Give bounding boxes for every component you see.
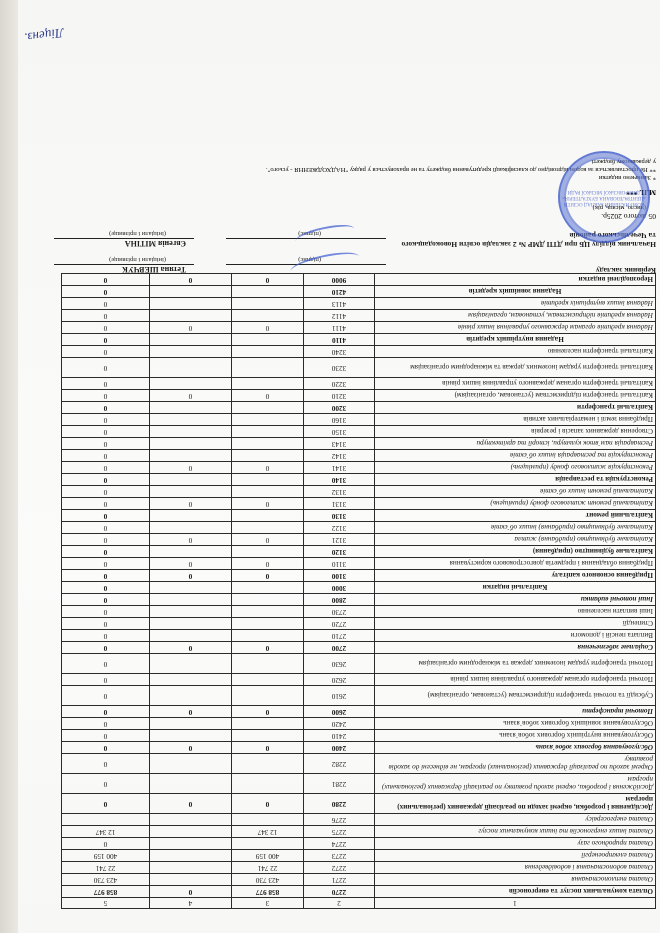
- row-col5-value: 0: [62, 730, 150, 742]
- table-row: Оплата електроенергії2273400 159400 159: [62, 850, 656, 862]
- row-col5-value: 0: [62, 582, 150, 594]
- table-row: Створення державних запасів і резервів31…: [62, 426, 656, 438]
- row-col5-value: 0: [62, 558, 150, 570]
- row-col3-value: [232, 594, 304, 606]
- row-col3-value: [232, 474, 304, 486]
- row-col3-value: 0: [232, 322, 304, 334]
- row-code: 3220: [304, 378, 375, 390]
- row-col5-value: 0: [62, 474, 150, 486]
- signature-row-accountant: Начальник відділу ЦБ при ДТП ДМР № 2 зак…: [56, 221, 656, 249]
- row-col5-value: 0: [62, 426, 150, 438]
- row-col4-value: [150, 450, 232, 462]
- row-code: 3121: [304, 534, 375, 546]
- table-row: Оплата комунальних послуг та енергоносії…: [62, 886, 656, 898]
- row-code: 2275: [304, 826, 375, 838]
- row-col3-value: 0: [232, 498, 304, 510]
- table-row: Капітальне будівництво (придбання)31200: [62, 546, 656, 558]
- row-code: 2600: [304, 706, 375, 718]
- row-col4-value: [150, 438, 232, 450]
- row-name: Капітальне будівництво (придбання) інших…: [375, 522, 656, 534]
- row-col4-value: [150, 730, 232, 742]
- table-row: Капітальний ремонт інших об`єктів31320: [62, 486, 656, 498]
- table-row: Капітальні трансферти урядам іноземних д…: [62, 358, 656, 378]
- row-col4-value: [150, 510, 232, 522]
- row-name: Окремі заходи по реалізації державних (р…: [375, 754, 656, 774]
- row-col5-value: 0: [62, 534, 150, 546]
- table-row: Капітальний ремонт житлового фонду (прим…: [62, 498, 656, 510]
- row-col4-value: [150, 850, 232, 862]
- table-row: Обслуговування зовнішніх боргових зобов`…: [62, 718, 656, 730]
- row-name: Виплата пенсій і допомоги: [375, 630, 656, 642]
- table-row: Оплата природного газу22740: [62, 838, 656, 850]
- row-col5-value: 0: [62, 402, 150, 414]
- row-col4-value: 0: [150, 742, 232, 754]
- table-row: Придбання обладнання і предметів довгост…: [62, 558, 656, 570]
- row-col5-value: 0: [62, 594, 150, 606]
- row-col5-value: 12 347: [62, 826, 150, 838]
- row-code: 3122: [304, 522, 375, 534]
- row-name: Надання зовнішніх кредитів: [375, 286, 656, 298]
- row-col5-value: 0: [62, 618, 150, 630]
- row-name: Обслуговування боргових зобов`язань: [375, 742, 656, 754]
- head-name-line: [54, 264, 194, 265]
- row-name: Обслуговування зовнішніх боргових зобов`…: [375, 718, 656, 730]
- row-name: Поточні трансферти: [375, 706, 656, 718]
- row-col3-value: [232, 438, 304, 450]
- table-row: Капітальні трансферти підприємствам (уст…: [62, 390, 656, 402]
- row-code: 2410: [304, 730, 375, 742]
- row-name: Поточні трансферти органам державного уп…: [375, 674, 656, 686]
- row-col4-value: [150, 334, 232, 346]
- row-name: Капітальні трансферти підприємствам (уст…: [375, 390, 656, 402]
- table-row: Стипендії27200: [62, 618, 656, 630]
- row-name: Оплата енергосервісу: [375, 814, 656, 826]
- row-code: 3200: [304, 402, 375, 414]
- row-col3-value: 0: [232, 642, 304, 654]
- row-name: Поточні трансферти урядам іноземних держ…: [375, 654, 656, 674]
- row-col3-value: 0: [232, 794, 304, 814]
- row-col4-value: [150, 606, 232, 618]
- row-col3-value: [232, 378, 304, 390]
- row-name: Капітальні трансферти населенню: [375, 346, 656, 358]
- row-col3-value: [232, 414, 304, 426]
- row-col3-value: [232, 334, 304, 346]
- row-col5-value: 0: [62, 706, 150, 718]
- row-name: Надання кредитів органам державного упра…: [375, 322, 656, 334]
- table-row: Надання кредитів підприємствам, установа…: [62, 310, 656, 322]
- row-col4-value: 0: [150, 794, 232, 814]
- row-code: 3120: [304, 546, 375, 558]
- row-name: Капітальний ремонт житлового фонду (прим…: [375, 498, 656, 510]
- row-col5-value: 400 159: [62, 850, 150, 862]
- row-col3-value: [232, 674, 304, 686]
- row-col4-value: [150, 426, 232, 438]
- row-col3-value: [232, 754, 304, 774]
- row-code: 2281: [304, 774, 375, 794]
- row-col5-value: 0: [62, 414, 150, 426]
- row-code: 3160: [304, 414, 375, 426]
- table-row: Надання внутрішніх кредитів41100: [62, 334, 656, 346]
- row-code: 2620: [304, 674, 375, 686]
- row-code: 9000: [304, 274, 375, 286]
- row-col3-value: 0: [232, 390, 304, 402]
- row-col5-value: 0: [62, 450, 150, 462]
- row-col3-value: [232, 546, 304, 558]
- row-code: 4110: [304, 334, 375, 346]
- table-row: Капітальне будівництво (придбання) інших…: [62, 522, 656, 534]
- table-row: Придбання землі і нематеріальних активів…: [62, 414, 656, 426]
- row-code: 3150: [304, 426, 375, 438]
- row-code: 2273: [304, 850, 375, 862]
- row-col5-value: 0: [62, 510, 150, 522]
- row-col4-value: [150, 686, 232, 706]
- row-col5-value: 0: [62, 390, 150, 402]
- row-col4-value: [150, 674, 232, 686]
- row-name: Надання кредитів підприємствам, установа…: [375, 310, 656, 322]
- row-col5-value: 0: [62, 570, 150, 582]
- row-col4-value: [150, 862, 232, 874]
- header-col-3: 3: [232, 898, 304, 909]
- row-col5-value: 0: [62, 794, 150, 814]
- row-name: Оплата природного газу: [375, 838, 656, 850]
- row-col5-value: 0: [62, 838, 150, 850]
- row-col5-value: 0: [62, 686, 150, 706]
- table-row: Надання зовнішніх кредитів42100: [62, 286, 656, 298]
- row-code: 2700: [304, 642, 375, 654]
- row-col5-value: 0: [62, 754, 150, 774]
- row-col3-value: 12 347: [232, 826, 304, 838]
- row-col5-value: 0: [62, 462, 150, 474]
- row-col3-value: 0: [232, 570, 304, 582]
- row-col4-value: 0: [150, 558, 232, 570]
- table-row: Соціальне забезпечення2700000: [62, 642, 656, 654]
- row-col5-value: 0: [62, 742, 150, 754]
- row-name: Оплата комунальних послуг та енергоносії…: [375, 886, 656, 898]
- row-col5-value: 0: [62, 774, 150, 794]
- row-name: Нерозподілені видатки: [375, 274, 656, 286]
- row-code: 2280: [304, 794, 375, 814]
- row-col5-value: 0: [62, 606, 150, 618]
- official-stamp: КОМУНАЛЬНИЙ ЗАКЛАД ОСВІТИ «ЦЕНТРАЛІЗОВАН…: [558, 151, 650, 243]
- table-row: Капітальні трансферти органам державного…: [62, 378, 656, 390]
- row-col3-value: [232, 450, 304, 462]
- row-col3-value: 858 977: [232, 886, 304, 898]
- row-code: 2720: [304, 618, 375, 630]
- table-row: Реставрація пам`яток культури, історії т…: [62, 438, 656, 450]
- table-row: Капітальний ремонт31300: [62, 510, 656, 522]
- table-row: Оплата інших енергоносіїв та інших комун…: [62, 826, 656, 838]
- budget-table: 1 2 3 4 5 Оплата комунальних послуг та е…: [61, 273, 656, 909]
- head-role: Керівник закладу: [396, 266, 656, 275]
- row-col3-value: [232, 286, 304, 298]
- row-col5-value: 0: [62, 298, 150, 310]
- row-code: 3130: [304, 510, 375, 522]
- row-col4-value: [150, 414, 232, 426]
- handwritten-note: Ліценз.: [23, 24, 65, 45]
- row-col5-value: 0: [62, 642, 150, 654]
- row-name: Придбання обладнання і предметів довгост…: [375, 558, 656, 570]
- table-row: Інші поточні видатки28000: [62, 594, 656, 606]
- row-col4-value: [150, 310, 232, 322]
- row-col3-value: 22 741: [232, 862, 304, 874]
- row-name: Придбання землі і нематеріальних активів: [375, 414, 656, 426]
- row-name: Оплата інших енергоносіїв та інших комун…: [375, 826, 656, 838]
- row-col3-value: [232, 838, 304, 850]
- row-col4-value: 0: [150, 498, 232, 510]
- row-col5-value: [62, 814, 150, 826]
- row-col5-value: 0: [62, 358, 150, 378]
- row-name: Інші поточні видатки: [375, 594, 656, 606]
- row-col4-value: [150, 718, 232, 730]
- row-code: 2710: [304, 630, 375, 642]
- row-col3-value: [232, 298, 304, 310]
- row-code: 2730: [304, 606, 375, 618]
- row-code: 3240: [304, 346, 375, 358]
- row-code: 2270: [304, 886, 375, 898]
- table-row: Обслуговування боргових зобов`язань24000…: [62, 742, 656, 754]
- table-row: Капітальні трансферти32000: [62, 402, 656, 414]
- head-person-name: Тетяна ШЕВЧУК: [122, 265, 186, 274]
- row-name: Капітальні трансферти органам державного…: [375, 378, 656, 390]
- row-name: Капітальний ремонт: [375, 510, 656, 522]
- table-row: Поточні трансферти урядам іноземних держ…: [62, 654, 656, 674]
- row-col3-value: [232, 654, 304, 674]
- table-row: Дослідження і розробки, окремі заходи ро…: [62, 774, 656, 794]
- row-col3-value: 0: [232, 274, 304, 286]
- row-col3-value: 400 159: [232, 850, 304, 862]
- accountant-person-name: Євгенія МІТІНА: [125, 239, 186, 248]
- row-col3-value: [232, 582, 304, 594]
- row-col3-value: [232, 402, 304, 414]
- accountant-name-line: [54, 238, 194, 239]
- row-col4-value: [150, 630, 232, 642]
- row-code: 3210: [304, 390, 375, 402]
- row-col5-value: 0: [62, 322, 150, 334]
- row-col3-value: 423 730: [232, 874, 304, 886]
- stamp-text: КОМУНАЛЬНИЙ ЗАКЛАД ОСВІТИ «ЦЕНТРАЛІЗОВАН…: [560, 188, 648, 206]
- row-col4-value: [150, 546, 232, 558]
- row-code: 3142: [304, 450, 375, 462]
- table-row: Надання інших внутрішніх кредитів41130: [62, 298, 656, 310]
- header-col-4: 4: [150, 898, 232, 909]
- row-col4-value: [150, 618, 232, 630]
- row-col5-value: 0: [62, 346, 150, 358]
- row-col5-value: 0: [62, 274, 150, 286]
- row-col4-value: [150, 874, 232, 886]
- row-col3-value: [232, 774, 304, 794]
- row-col4-value: [150, 402, 232, 414]
- row-col4-value: [150, 286, 232, 298]
- table-row: Оплата енергосервісу2276: [62, 814, 656, 826]
- row-col4-value: [150, 298, 232, 310]
- row-name: Капітальні видатки: [375, 582, 656, 594]
- row-code: 4113: [304, 298, 375, 310]
- row-col4-value: [150, 754, 232, 774]
- row-code: 3100: [304, 570, 375, 582]
- row-name: Капітальні трансферти урядам іноземних д…: [375, 358, 656, 378]
- signature-block: Керівник закладу (підпис) Тетяна ШЕВЧУК …: [56, 221, 656, 275]
- row-col3-value: [232, 730, 304, 742]
- row-col3-value: [232, 686, 304, 706]
- row-col3-value: 0: [232, 462, 304, 474]
- table-row: Реконструкція та реставрація інших об`єк…: [62, 450, 656, 462]
- row-code: 2610: [304, 686, 375, 706]
- row-col3-value: 0: [232, 742, 304, 754]
- row-name: Надання внутрішніх кредитів: [375, 334, 656, 346]
- row-name: Стипендії: [375, 618, 656, 630]
- header-col-5: 5: [62, 898, 150, 909]
- row-col5-value: 0: [62, 718, 150, 730]
- row-name: Оплата теплопостачання: [375, 874, 656, 886]
- row-col4-value: 0: [150, 886, 232, 898]
- row-col5-value: 0: [62, 310, 150, 322]
- row-col3-value: [232, 630, 304, 642]
- row-col4-value: [150, 838, 232, 850]
- row-col4-value: 0: [150, 642, 232, 654]
- row-col5-value: 0: [62, 674, 150, 686]
- row-code: 2800: [304, 594, 375, 606]
- row-code: 3132: [304, 486, 375, 498]
- row-col5-value: 423 730: [62, 874, 150, 886]
- row-code: 2276: [304, 814, 375, 826]
- row-col3-value: [232, 522, 304, 534]
- table-row: Субсидії та поточні трансферти підприємс…: [62, 686, 656, 706]
- table-row: Капітальне будівництво (придбання) житла…: [62, 534, 656, 546]
- row-col5-value: 0: [62, 438, 150, 450]
- table-row: Нерозподілені видатки9000000: [62, 274, 656, 286]
- row-code: 3131: [304, 498, 375, 510]
- row-col5-value: 0: [62, 378, 150, 390]
- table-row: Окремі заходи по реалізації державних (р…: [62, 754, 656, 774]
- row-name: Оплата водопостачання і водовідведення: [375, 862, 656, 874]
- row-col3-value: [232, 426, 304, 438]
- table-row: Поточні трансферти2600000: [62, 706, 656, 718]
- header-col-2: 2: [304, 898, 375, 909]
- table-row: Інші виплати населенню27300: [62, 606, 656, 618]
- row-code: 3140: [304, 474, 375, 486]
- row-name: Дослідження і розробки, окремі заходи по…: [375, 794, 656, 814]
- row-col5-value: 858 977: [62, 886, 150, 898]
- row-col5-value: 0: [62, 334, 150, 346]
- row-col3-value: [232, 814, 304, 826]
- table-row: Капітальні видатки30000: [62, 582, 656, 594]
- row-name: Капітальне будівництво (придбання): [375, 546, 656, 558]
- table-header-row: 1 2 3 4 5: [62, 898, 656, 909]
- table-row: Придбання основного капіталу3100000: [62, 570, 656, 582]
- row-col4-value: 0: [150, 274, 232, 286]
- accountant-name-caption: (ініціали і прізвище): [109, 230, 166, 237]
- row-col5-value: 0: [62, 630, 150, 642]
- row-code: 3143: [304, 438, 375, 450]
- row-code: 2420: [304, 718, 375, 730]
- table-row: Реконструкція житлового фонду (приміщень…: [62, 462, 656, 474]
- row-col3-value: [232, 618, 304, 630]
- row-name: Капітальний ремонт інших об`єктів: [375, 486, 656, 498]
- scanned-page: 1 2 3 4 5 Оплата комунальних послуг та е…: [18, 0, 660, 933]
- row-col5-value: 0: [62, 498, 150, 510]
- row-code: 3000: [304, 582, 375, 594]
- row-col4-value: [150, 594, 232, 606]
- row-col4-value: 0: [150, 534, 232, 546]
- row-col5-value: 0: [62, 654, 150, 674]
- row-name: Обслуговування внутрішніх боргових зобов…: [375, 730, 656, 742]
- row-code: 4112: [304, 310, 375, 322]
- table-row: Дослідження і розробки, окремі заходи по…: [62, 794, 656, 814]
- row-col4-value: [150, 814, 232, 826]
- row-name: Створення державних запасів і резервів: [375, 426, 656, 438]
- row-col4-value: 0: [150, 390, 232, 402]
- row-name: Оплата електроенергії: [375, 850, 656, 862]
- head-name-caption: (ініціали і прізвище): [109, 256, 166, 263]
- row-name: Капітальне будівництво (придбання) житла: [375, 534, 656, 546]
- row-col3-value: [232, 310, 304, 322]
- row-code: 3230: [304, 358, 375, 378]
- row-col4-value: [150, 378, 232, 390]
- row-name: Інші виплати населенню: [375, 606, 656, 618]
- row-code: 2282: [304, 754, 375, 774]
- row-col5-value: 0: [62, 546, 150, 558]
- row-code: 3110: [304, 558, 375, 570]
- row-col3-value: [232, 606, 304, 618]
- row-code: 4111: [304, 322, 375, 334]
- row-name: Капітальні трансферти: [375, 402, 656, 414]
- row-col4-value: 0: [150, 570, 232, 582]
- table-row: Надання кредитів органам державного упра…: [62, 322, 656, 334]
- budget-table-wrapper: 1 2 3 4 5 Оплата комунальних послуг та е…: [62, 273, 656, 909]
- row-col5-value: 22 741: [62, 862, 150, 874]
- table-row: Поточні трансферти органам державного уп…: [62, 674, 656, 686]
- row-col4-value: [150, 774, 232, 794]
- row-code: 2274: [304, 838, 375, 850]
- row-code: 2630: [304, 654, 375, 674]
- row-col4-value: [150, 522, 232, 534]
- header-col-1: 1: [375, 898, 656, 909]
- row-col4-value: [150, 486, 232, 498]
- row-col4-value: [150, 474, 232, 486]
- row-col5-value: 0: [62, 286, 150, 298]
- row-code: 2272: [304, 862, 375, 874]
- row-code: 2271: [304, 874, 375, 886]
- row-name: Реконструкція житлового фонду (приміщень…: [375, 462, 656, 474]
- row-name: Субсидії та поточні трансферти підприємс…: [375, 686, 656, 706]
- row-col3-value: [232, 718, 304, 730]
- row-col3-value: [232, 486, 304, 498]
- row-col3-value: [232, 346, 304, 358]
- table-row: Оплата теплопостачання2271423 730423 730: [62, 874, 656, 886]
- row-col5-value: 0: [62, 486, 150, 498]
- row-col4-value: [150, 654, 232, 674]
- row-code: 4210: [304, 286, 375, 298]
- table-row: Реконструкція та реставрація31400: [62, 474, 656, 486]
- table-row: Виплата пенсій і допомоги27100: [62, 630, 656, 642]
- row-col3-value: 0: [232, 558, 304, 570]
- row-name: Реконструкція та реставрація інших об`єк…: [375, 450, 656, 462]
- row-name: Реконструкція та реставрація: [375, 474, 656, 486]
- row-col4-value: [150, 358, 232, 378]
- row-col4-value: 0: [150, 322, 232, 334]
- row-col4-value: [150, 582, 232, 594]
- row-name: Дослідження і розробки, окремі заходи ро…: [375, 774, 656, 794]
- row-col3-value: 0: [232, 706, 304, 718]
- row-name: Реставрація пам`яток культури, історії т…: [375, 438, 656, 450]
- row-name: Надання інших внутрішніх кредитів: [375, 298, 656, 310]
- table-row: Оплата водопостачання і водовідведення22…: [62, 862, 656, 874]
- row-code: 2400: [304, 742, 375, 754]
- row-col5-value: 0: [62, 522, 150, 534]
- row-col3-value: 0: [232, 534, 304, 546]
- row-col4-value: 0: [150, 462, 232, 474]
- row-col3-value: [232, 358, 304, 378]
